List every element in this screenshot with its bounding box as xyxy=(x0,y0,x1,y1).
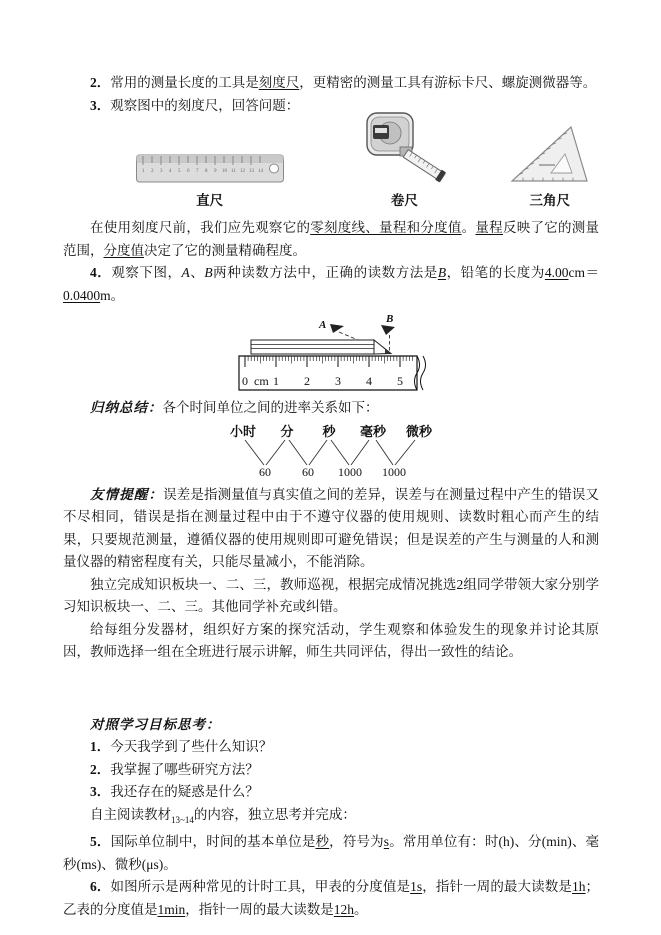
triangle-ruler-figure: 三角尺 xyxy=(501,123,599,209)
activity-paragraph-1: 独立完成知识板块一、二、三，教师巡视，根据完成情况挑选2组同学带领大家分别学习知… xyxy=(63,574,599,619)
reflect-question-3: 3．我还存在的疑惑是什么？ xyxy=(63,781,599,804)
time-units-figure: 小时 分 秒 毫秒 微秒 60 60 1000 1000 xyxy=(63,422,599,478)
item-4-reading-method: 4．观察下图，A、B两种读数方法中，正确的读数方法是B，铅笔的长度为4.00cm… xyxy=(63,262,599,307)
ruler-reading-figure: A B xyxy=(63,313,599,393)
summary-heading: 归纳总结：各个时间单位之间的进率关系如下： xyxy=(63,397,599,420)
self-reading-instruction: 自主阅读教材13~14的内容，独立思考并完成： xyxy=(63,804,599,832)
error-reminder-paragraph: 友情提醒：误差是指测量值与真实值之间的差异，误差与在测量过程中产生的错误又不尽相… xyxy=(63,484,599,574)
item-2-measuring-tools: 2．常用的测量长度的工具是刻度尺，更精密的测量工具有游标卡尺、螺旋测微器等。 xyxy=(63,72,599,95)
time-units-image: 小时 分 秒 毫秒 微秒 60 60 1000 1000 xyxy=(221,422,441,478)
tick-5: 5 xyxy=(397,374,403,388)
tick-4: 4 xyxy=(366,374,372,388)
svg-text:10: 10 xyxy=(222,169,228,174)
tick-0: 0 xyxy=(242,374,248,388)
reflect-question-2: 2．我掌握了哪些研究方法？ xyxy=(63,759,599,782)
straight-ruler-figure: 123 456 789 101112 1314 直尺 xyxy=(121,151,298,209)
item-3-observe-rulers: 3．观察图中的刻度尺，回答问题： xyxy=(63,95,599,118)
tape-measure-image xyxy=(360,111,448,190)
triangle-ruler-image xyxy=(509,123,591,190)
eye-a-label: A xyxy=(318,319,326,331)
eye-a-icon xyxy=(330,324,344,333)
tick-2: 2 xyxy=(304,374,310,388)
unit-microsecond: 微秒 xyxy=(406,424,433,439)
unit-millisecond: 毫秒 xyxy=(360,424,387,439)
blank-gap xyxy=(63,664,599,714)
svg-text:14: 14 xyxy=(258,169,264,174)
reflect-question-1: 1．今天我学到了些什么知识？ xyxy=(63,736,599,759)
straight-ruler-image: 123 456 789 101112 1314 xyxy=(135,151,285,190)
unit-hour: 小时 xyxy=(230,424,256,439)
ruler-usage-paragraph: 在使用刻度尺前，我们应先观察它的零刻度线、量程和分度值。量程反映了它的测量范围，… xyxy=(63,217,599,262)
item-5-time-unit: 5．国际单位制中，时间的基本单位是秒，符号为s。常用单位有：时(h)、分(min… xyxy=(63,831,599,876)
tools-figure-row: 123 456 789 101112 1314 直尺 xyxy=(63,121,599,209)
factor-1000b: 1000 xyxy=(382,465,406,478)
eye-b-icon xyxy=(381,325,395,335)
caption-tape-measure: 卷尺 xyxy=(391,193,418,209)
svg-text:13: 13 xyxy=(249,169,255,174)
caption-triangle-ruler: 三角尺 xyxy=(530,193,571,209)
factor-60a: 60 xyxy=(259,465,271,478)
ruler-reading-image: A B xyxy=(231,313,431,393)
tick-1: 1 xyxy=(273,374,279,388)
worksheet-page: 2．常用的测量长度的工具是刻度尺，更精密的测量工具有游标卡尺、螺旋测微器等。 3… xyxy=(0,0,661,935)
caption-straight-ruler: 直尺 xyxy=(196,193,223,209)
factor-60b: 60 xyxy=(302,465,314,478)
item-6-timers: 6．如图所示是两种常见的计时工具，甲表的分度值是1s，指针一周的最大读数是1h；… xyxy=(63,876,599,921)
svg-text:11: 11 xyxy=(231,169,236,174)
tape-measure-figure: 卷尺 xyxy=(350,111,458,209)
tick-3: 3 xyxy=(335,374,341,388)
eye-b-label: B xyxy=(385,313,393,325)
reflect-heading: 对照学习目标思考： xyxy=(63,714,599,737)
unit-second: 秒 xyxy=(321,424,336,439)
tick-cm: cm xyxy=(254,374,269,388)
svg-text:12: 12 xyxy=(240,169,246,174)
unit-minute: 分 xyxy=(280,424,293,439)
activity-paragraph-2: 给每组分发器材，组织好方案的探究活动，学生观察和体验发生的现象并讨论其原因，教师… xyxy=(63,619,599,664)
factor-1000a: 1000 xyxy=(338,465,362,478)
